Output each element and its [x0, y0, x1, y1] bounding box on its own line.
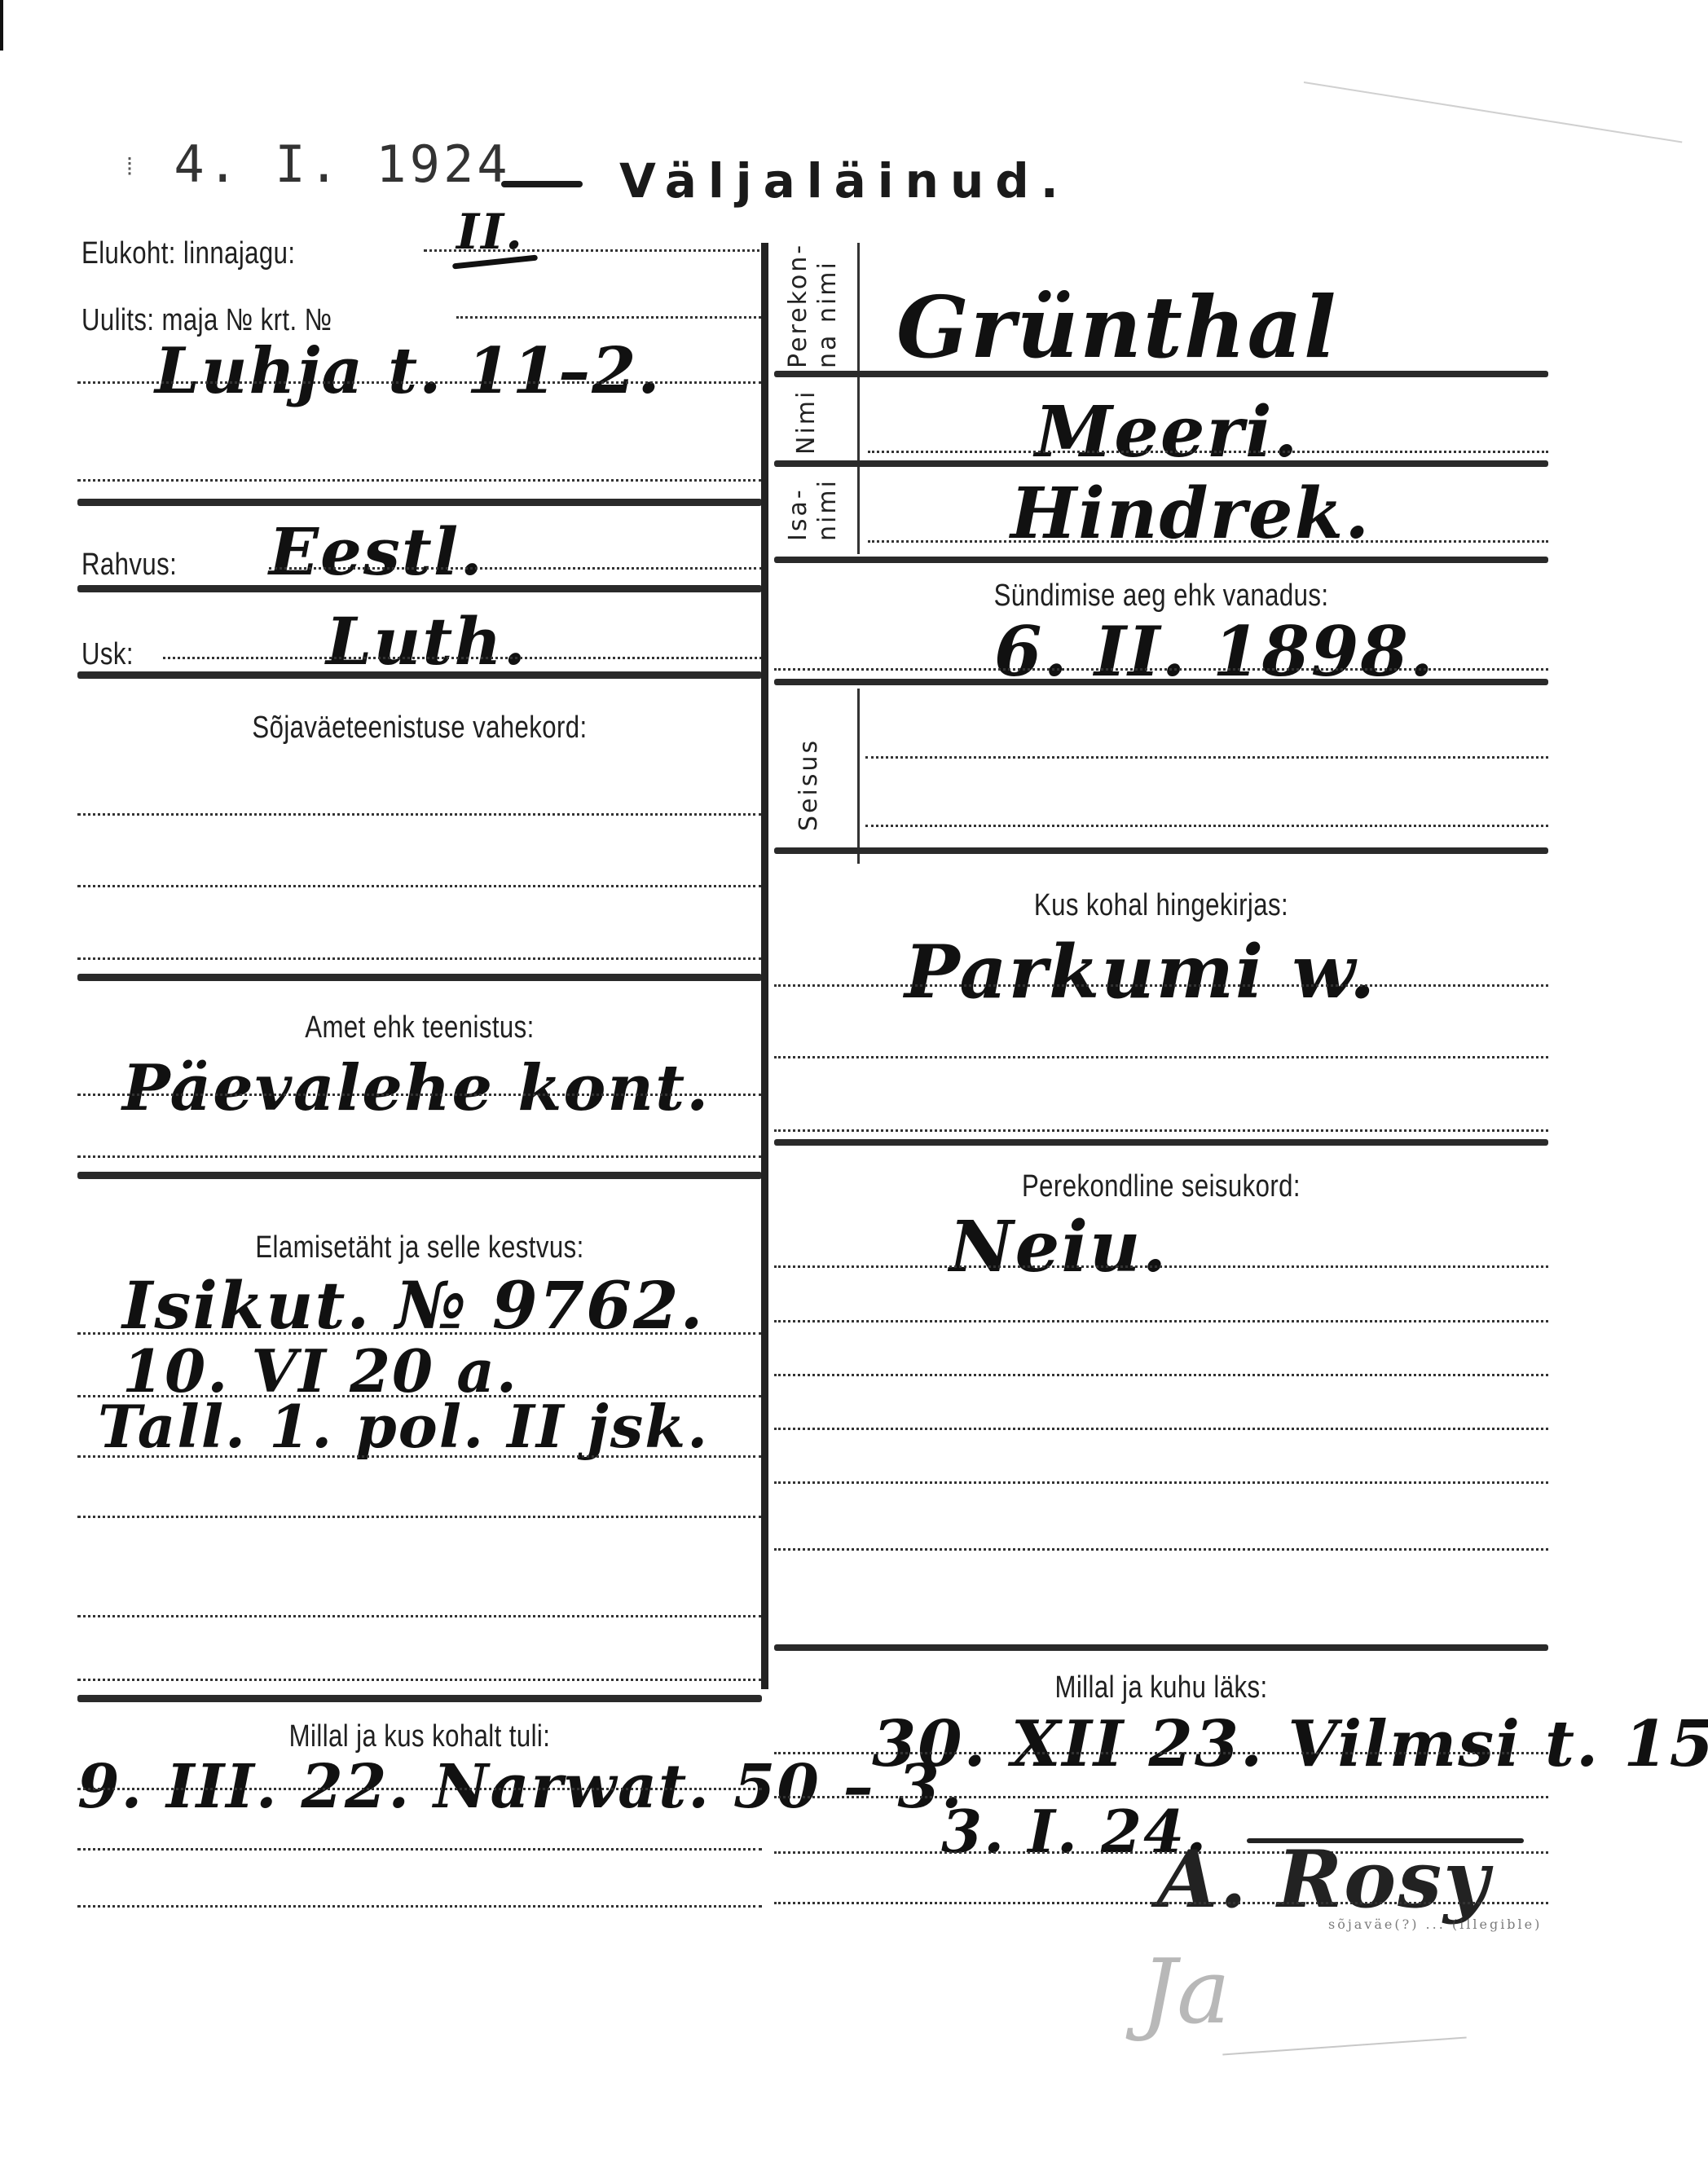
elamisetaht-label: Elamisetäht ja selle kestvus:: [139, 1230, 701, 1265]
rahvus-field-line: [269, 567, 762, 570]
laks-label: Millal ja kuhu läks:: [844, 1670, 1479, 1705]
name-block-divider: [857, 243, 860, 554]
amet-field-line: [77, 1094, 762, 1096]
section-divider: [77, 585, 762, 592]
elamisetaht-field-line-4: [77, 1516, 762, 1518]
amet-field-line-2: [77, 1155, 762, 1158]
date-stamp: ⁞ 4. I. 1924: [122, 134, 511, 194]
elamisetaht-field-line-3: [77, 1455, 762, 1458]
sundimise-label: Sündimise aeg ehk vanadus:: [844, 579, 1479, 614]
hingekirjas-value[interactable]: Parkumi w.: [905, 929, 1376, 1015]
perekondline-field-line-3: [774, 1374, 1548, 1376]
elamisetaht-value-line-3[interactable]: Tall. 1. pol. II jsk.: [98, 1392, 709, 1461]
section-divider: [77, 974, 762, 981]
usk-label: Usk:: [81, 637, 134, 672]
elamisetaht-field-line-5: [77, 1615, 762, 1617]
perekondline-value[interactable]: Neiu.: [949, 1206, 1168, 1288]
hingekirjas-field-line-3: [774, 1129, 1548, 1132]
sojavae-field-line-3: [77, 957, 762, 960]
elukoht-field-line: [424, 249, 766, 252]
perekonnanimi-value[interactable]: Grünthal: [896, 277, 1337, 377]
document-title: Väljaläinud.: [619, 153, 1070, 209]
tuli-field-line-1: [77, 1788, 762, 1790]
elukoht-label: Elukoht: linnajagu:: [81, 236, 295, 271]
scan-edge-mark: [0, 0, 3, 51]
laks-field-line-1: [774, 1752, 1548, 1754]
pencil-mark: Ja: [1141, 1939, 1230, 2044]
section-divider: [77, 1695, 762, 1702]
perekondline-label: Perekondline seisukord:: [844, 1169, 1479, 1204]
seisus-field-line-2: [865, 825, 1548, 827]
section-divider: [77, 499, 762, 506]
tuli-label: Millal ja kus kohalt tuli:: [139, 1719, 701, 1754]
sojavae-label: Sõjaväeteenistuse vahekord:: [139, 711, 701, 746]
laks-field-line-4: [774, 1902, 1548, 1904]
seisus-label: Seisus: [795, 733, 824, 831]
elamisetaht-field-line-6: [77, 1679, 762, 1681]
uulits-field-line: [77, 381, 762, 384]
section-divider: [774, 557, 1548, 563]
section-divider: [774, 1644, 1548, 1651]
section-divider: [774, 460, 1548, 467]
isanimi-label: Isa-nimi: [784, 476, 843, 541]
rahvus-value[interactable]: Eestl.: [269, 513, 484, 590]
section-divider: [774, 679, 1548, 685]
uulits-value[interactable]: Luhja t. 11–2.: [155, 334, 662, 408]
signature-caption: sõjaväe(?) ... (illegible): [1328, 1917, 1542, 1932]
amet-value[interactable]: Päevalehe kont.: [122, 1051, 710, 1125]
amet-label: Amet ehk teenistus:: [139, 1010, 701, 1045]
rahvus-label: Rahvus:: [81, 548, 177, 583]
perekondline-field-line-6: [774, 1548, 1548, 1551]
nimi-field-line: [868, 451, 1548, 453]
nimi-label: Nimi: [792, 389, 821, 455]
perekondline-field-line-2: [774, 1320, 1548, 1322]
perekondline-field-line-4: [774, 1428, 1548, 1430]
tuli-value[interactable]: 9. III. 22. Narwat. 50 – 3.: [77, 1752, 964, 1822]
hingekirjas-field-line-1: [774, 984, 1548, 987]
tuli-field-line-3: [77, 1905, 762, 1908]
hingekirjas-field-line-2: [774, 1056, 1548, 1058]
sundimise-field-line: [774, 668, 1548, 671]
hingekirjas-label: Kus kohal hingekirjas:: [844, 888, 1479, 923]
isanimi-field-line: [868, 540, 1548, 543]
column-divider: [761, 243, 768, 1689]
pencil-stroke: [1222, 2037, 1466, 2056]
uulits-label: Uulits: maja № krt. №: [81, 303, 332, 338]
seisus-block-divider: [857, 689, 860, 864]
elukoht-value[interactable]: II.: [456, 204, 524, 261]
section-divider: [774, 1139, 1548, 1146]
uulits-label-line: [456, 316, 766, 319]
signature: A. Rosy: [1157, 1833, 1490, 1925]
perekondline-field-line-1: [774, 1265, 1548, 1268]
section-divider: [77, 671, 762, 679]
laks-value[interactable]: 30. XII 23. Vilmsi t. 15.: [872, 1707, 1708, 1781]
perekonnanimi-label: Perekon-na nimi: [784, 246, 843, 368]
perekondline-field-line-5: [774, 1481, 1548, 1484]
elamisetaht-field-line-1: [77, 1332, 762, 1335]
section-divider: [77, 1172, 762, 1179]
usk-field-line: [163, 657, 762, 659]
tuli-field-line-2: [77, 1848, 762, 1851]
seisus-field-line-1: [865, 756, 1548, 759]
section-divider: [774, 371, 1548, 377]
uulits-field-line-2: [77, 479, 762, 482]
sojavae-field-line-1: [77, 813, 762, 816]
sojavae-field-line-2: [77, 885, 762, 887]
section-divider: [774, 847, 1548, 854]
scan-streak: [1304, 81, 1683, 143]
usk-value[interactable]: Luth.: [326, 603, 527, 680]
title-dash: [501, 181, 583, 187]
